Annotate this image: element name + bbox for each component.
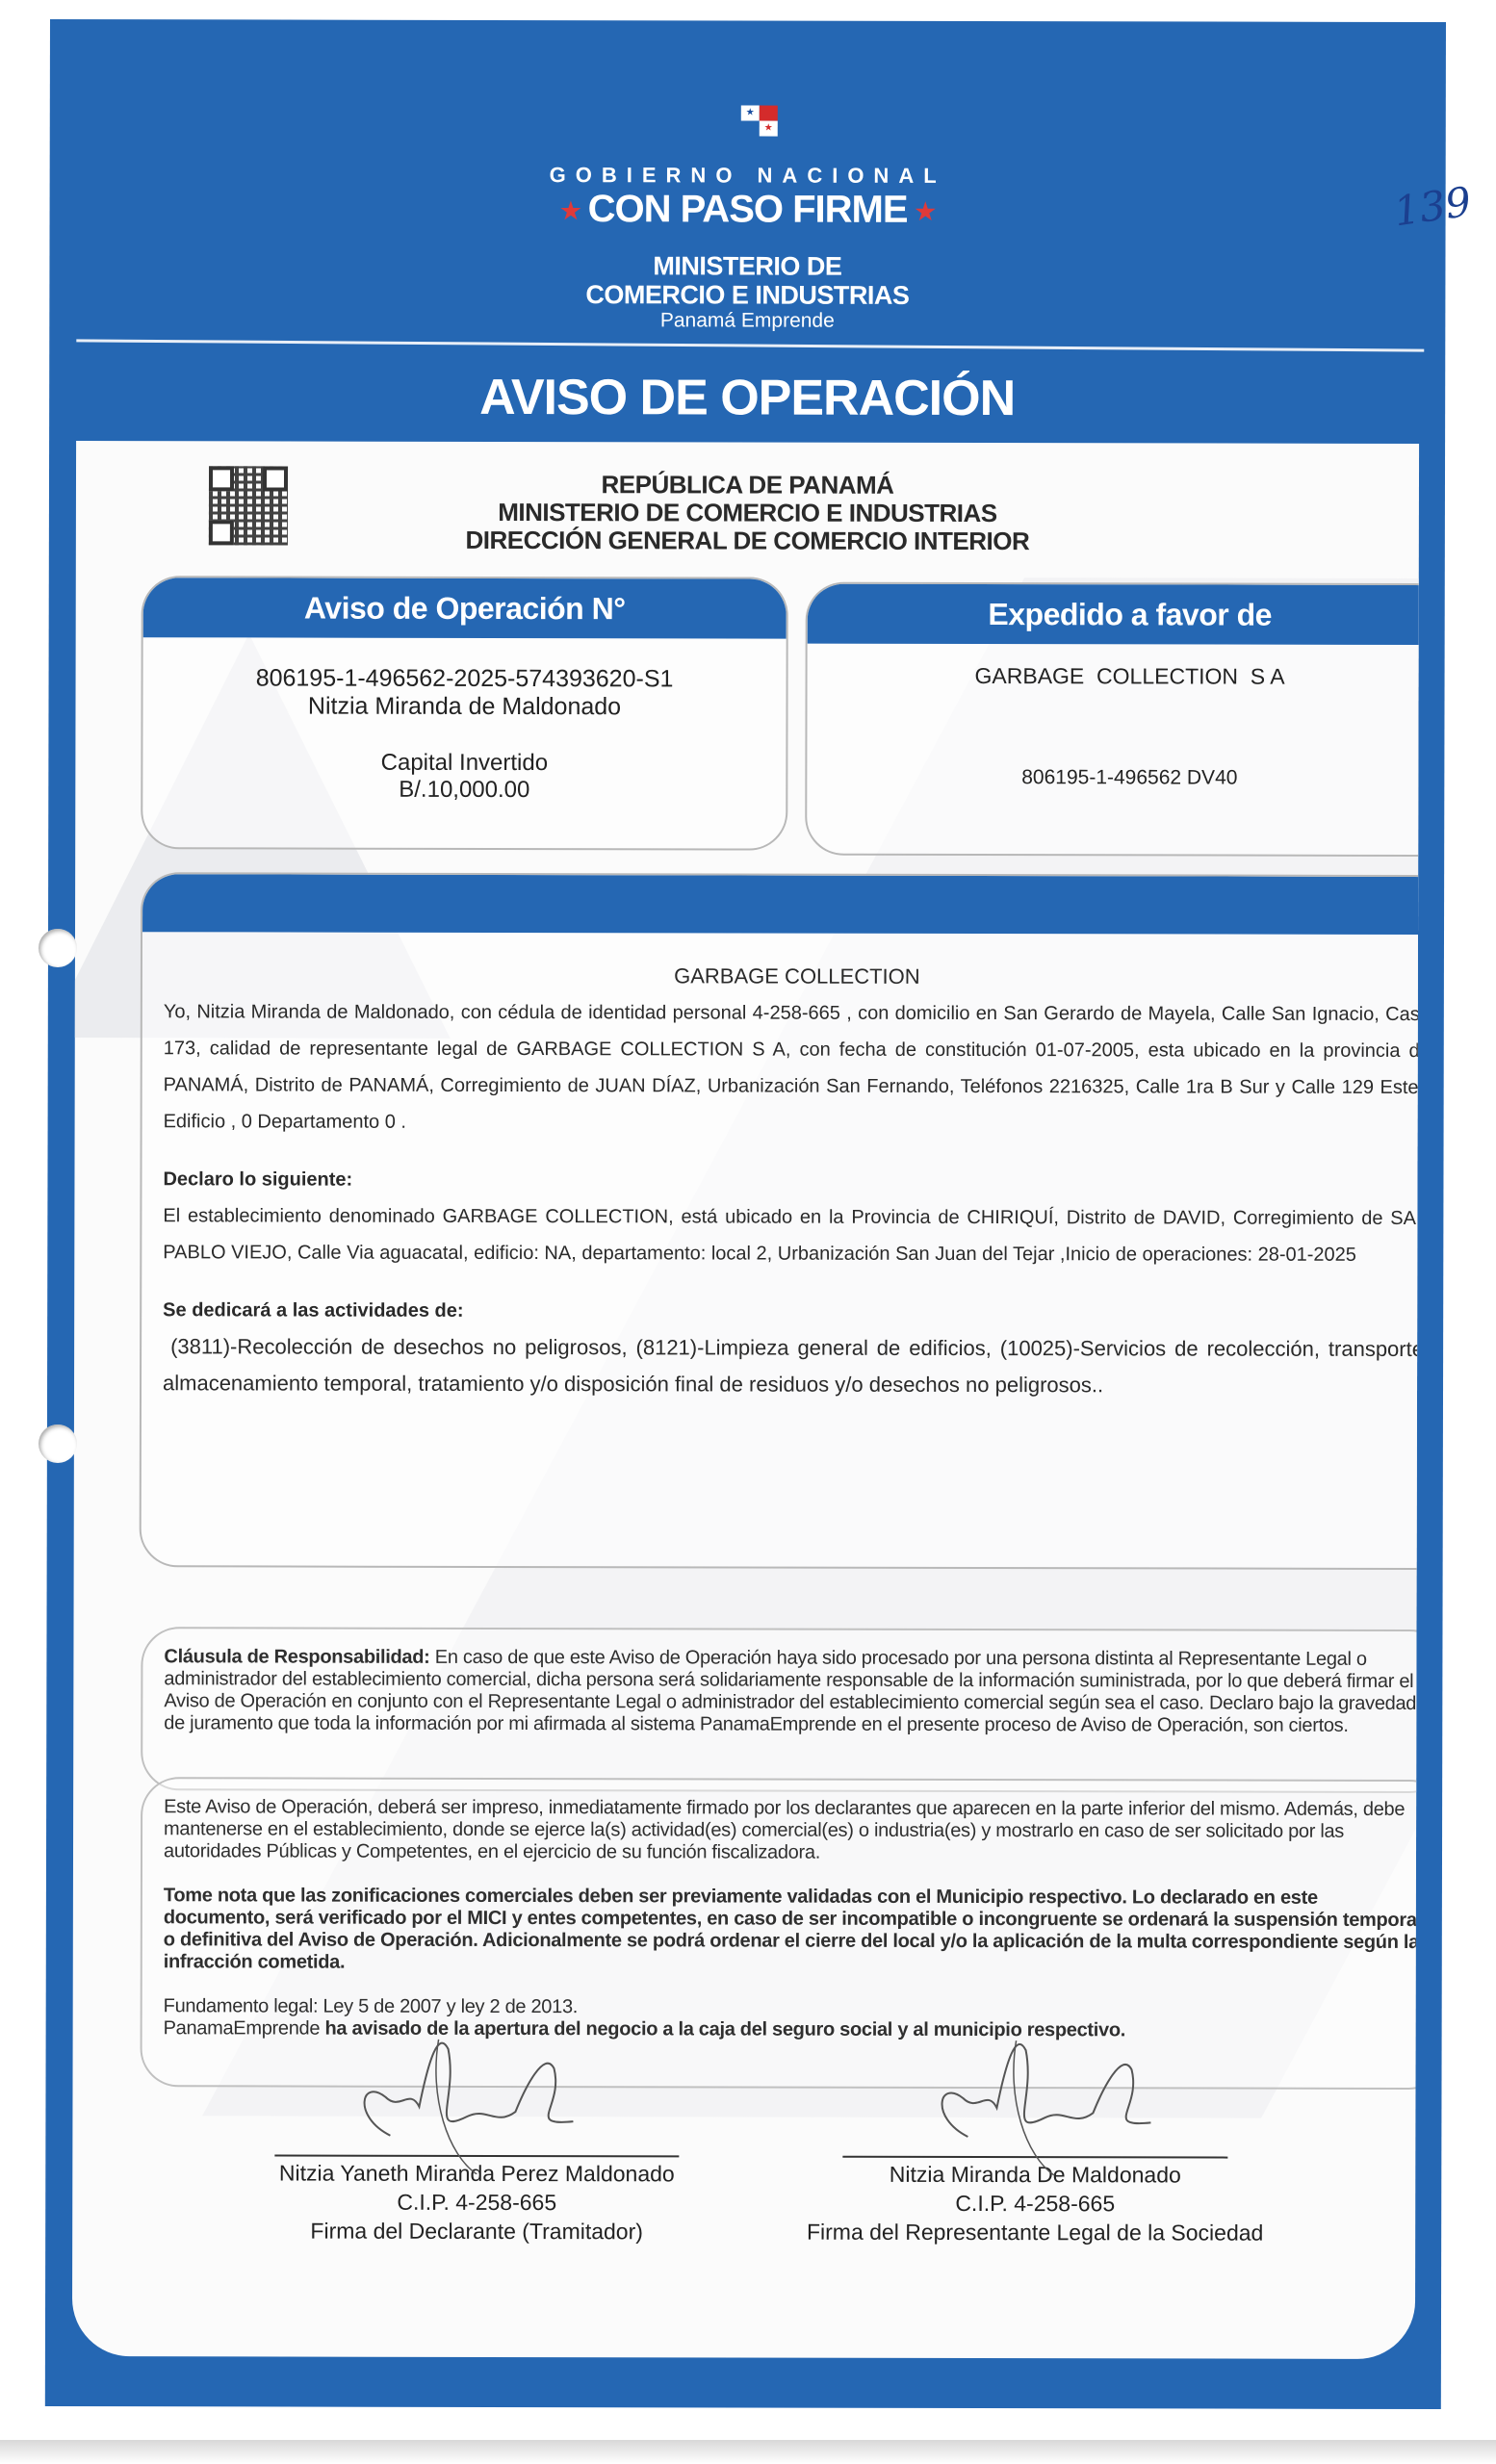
program-name: Panamá Emprende [49, 308, 1445, 334]
aviso-number-card: Aviso de Operación N° 806195-1-496562-20… [141, 576, 788, 850]
notice-prefix: PanamaEmprende [164, 2017, 325, 2039]
document-frame: ★★ GOBIERNO NACIONAL ★CON PASO FIRME★ MI… [45, 19, 1446, 2409]
company-name: GARBAGE COLLECTION S A [808, 663, 1420, 690]
signature-scribble-icon [910, 2021, 1199, 2176]
establishment-name: GARBAGE COLLECTION [142, 957, 1419, 996]
representative-cip: C.I.P. 4-258-665 [765, 2189, 1304, 2219]
legal-basis: Fundamento legal: Ley 5 de 2007 y ley 2 … [164, 1995, 1419, 2020]
signature-block-representative: Nitzia Miranda De Maldonado C.I.P. 4-258… [765, 2156, 1304, 2247]
handwritten-page-number: 139 [1391, 178, 1474, 236]
institution-line-1: REPÚBLICA DE PANAMÁ [76, 470, 1419, 500]
header-divider [76, 339, 1424, 351]
government-label: GOBIERNO NACIONAL [50, 162, 1446, 190]
institution-line-2: MINISTERIO DE COMERCIO E INDUSTRIAS [76, 498, 1419, 528]
notes-paragraph-2: Tome nota que las zonificaciones comerci… [164, 1885, 1419, 1976]
document-body: REPÚBLICA DE PANAMÁ MINISTERIO DE COMERC… [72, 441, 1419, 2359]
slogan-text: CON PASO FIRME [588, 188, 908, 231]
capital-value: B/.10,000.00 [142, 776, 786, 804]
page-title: AVISO DE OPERACIÓN [49, 368, 1445, 428]
expedido-heading: Expedido a favor de [808, 584, 1419, 645]
activities-heading: Se dedicará a las actividades de: [142, 1292, 1419, 1331]
signature-scribble-icon [332, 2020, 621, 2175]
star-icon: ★ [916, 199, 936, 225]
expedido-card: Expedido a favor de GARBAGE COLLECTION S… [805, 582, 1419, 857]
aviso-number: 806195-1-496562-2025-574393620-S1 [143, 664, 787, 693]
declaration-banner [142, 874, 1419, 935]
aviso-number-heading: Aviso de Operación N° [143, 577, 787, 638]
declaro-heading: Declaro lo siguiente: [142, 1161, 1419, 1200]
responsibility-clause: Cláusula de Responsabilidad: En caso de … [141, 1627, 1419, 1793]
notes-paragraph-1: Este Aviso de Operación, deberá ser impr… [164, 1796, 1419, 1865]
punch-hole [39, 929, 77, 967]
ministry-line-2: COMERCIO E INDUSTRIAS [49, 279, 1445, 311]
institution-header: REPÚBLICA DE PANAMÁ MINISTERIO DE COMERC… [76, 470, 1419, 556]
company-ruc: 806195-1-496562 DV40 [807, 766, 1419, 790]
declarant-intro: Yo, Nitzia Miranda de Maldonado, con céd… [142, 993, 1420, 1142]
declarant-role: Firma del Declarante (Tramitador) [217, 2216, 736, 2246]
ministry-line-1: MINISTERIO DE [49, 250, 1445, 282]
star-icon: ★ [560, 198, 580, 224]
clause-label: Cláusula de Responsabilidad: [164, 1646, 429, 1668]
declaration-card: GARBAGE COLLECTION Yo, Nitzia Miranda de… [140, 872, 1419, 1570]
representative-role: Firma del Representante Legal de la Soci… [765, 2218, 1304, 2247]
declarant-cip: C.I.P. 4-258-665 [217, 2187, 736, 2217]
owner-name: Nitzia Miranda de Maldonado [142, 692, 786, 721]
signature-block-declarant: Nitzia Yaneth Miranda Perez Maldonado C.… [217, 2154, 736, 2246]
capital-label: Capital Invertido [142, 749, 786, 777]
ministry-name: MINISTERIO DE COMERCIO E INDUSTRIAS [49, 250, 1445, 311]
page-edge-shadow [0, 2440, 1496, 2464]
activities-text: (3811)-Recolección de desechos no peligr… [142, 1328, 1419, 1404]
panama-flag-icon: ★★ [741, 106, 780, 139]
institution-line-3: DIRECCIÓN GENERAL DE COMERCIO INTERIOR [76, 526, 1419, 556]
punch-hole [39, 1424, 77, 1463]
slogan: ★CON PASO FIRME★ [50, 187, 1446, 233]
declaro-text: El establecimiento denominado GARBAGE CO… [142, 1197, 1419, 1273]
